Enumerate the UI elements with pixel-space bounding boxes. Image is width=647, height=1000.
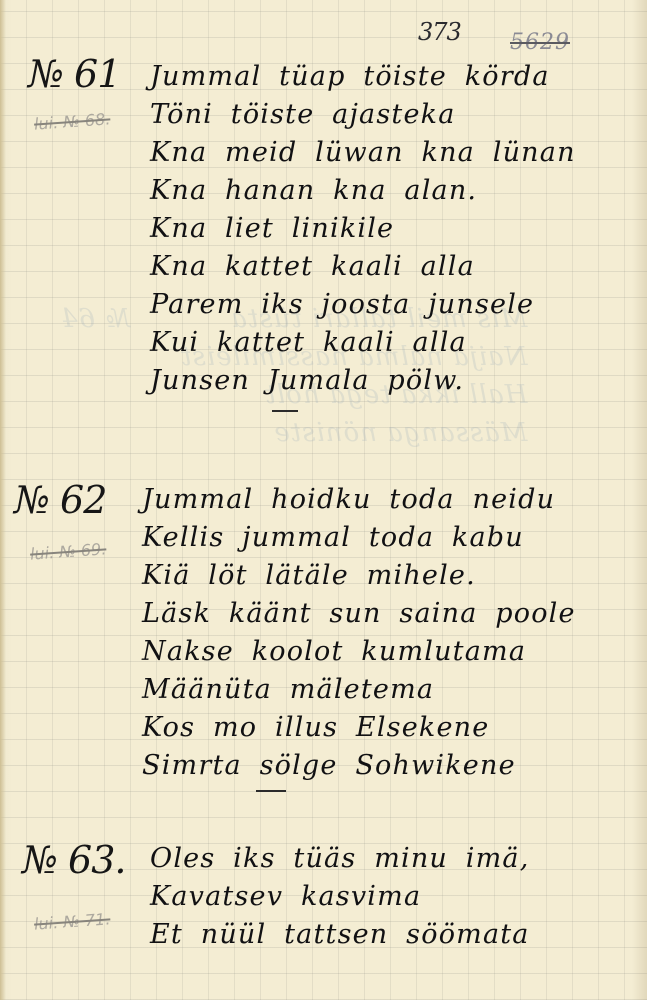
song-number-63: № 63. xyxy=(22,838,125,882)
song-63-verse: Oles iks tüäs minu imä, Kavatsev kasvima… xyxy=(150,840,530,954)
verse-line: Et nüül tattsen söömata xyxy=(150,916,530,954)
section-divider xyxy=(272,410,298,412)
verse-line: Läsk käänt sun saina poole xyxy=(142,595,576,633)
verse-line: Kna hanan kna alan. xyxy=(150,172,576,210)
verse-line: Määnüta mäletema xyxy=(142,671,576,709)
song-61-verse: Jummal tüap töiste körda Töni töiste aja… xyxy=(150,58,576,400)
verse-line: Kos mo illus Elsekene xyxy=(142,709,576,747)
verse-line: Jummal tüap töiste körda xyxy=(150,58,576,96)
manuscript-page: № 64 Mis meil tallari tüsta Naija nalma … xyxy=(0,0,647,1000)
verse-line: Kiä löt lätäle mihele. xyxy=(142,557,576,595)
section-divider xyxy=(256,790,286,792)
page-number: 373 xyxy=(418,18,461,46)
verse-line: Kna kattet kaali alla xyxy=(150,248,576,286)
verse-line: Junsen Jumala pölw. xyxy=(150,362,576,400)
song-62-verse: Jummal hoidku toda neidu Kellis jummal t… xyxy=(142,481,576,785)
bleed-number: № 64 xyxy=(60,300,130,338)
verse-line: Simrta sölge Sohwikene xyxy=(142,747,576,785)
verse-line: Kellis jummal toda kabu xyxy=(142,519,576,557)
verse-line: Töni töiste ajasteka xyxy=(150,96,576,134)
verse-line: Oles iks tüäs minu imä, xyxy=(150,840,530,878)
song-number-62: № 62 xyxy=(14,478,106,522)
verse-line: Kna meid lüwan kna lünan xyxy=(150,134,576,172)
pencil-reference-62: lui. № 69. xyxy=(29,539,107,563)
verse-line: Kui kattet kaali alla xyxy=(150,324,576,362)
verse-line: Kna liet linikile xyxy=(150,210,576,248)
verse-line: Parem iks joosta junsele xyxy=(150,286,576,324)
verse-line: Kavatsev kasvima xyxy=(150,878,530,916)
verse-line: Nakse koolot kumlutama xyxy=(142,633,576,671)
crossed-out-page-number: 5629 xyxy=(510,30,570,55)
bleed-through-text: № 64 xyxy=(60,300,130,338)
verse-line: Jummal hoidku toda neidu xyxy=(142,481,576,519)
pencil-reference-61: lui. № 68. xyxy=(33,109,111,133)
page-edge-shadow xyxy=(0,0,6,1000)
pencil-reference-63: lui. № 71. xyxy=(33,909,111,933)
song-number-61: № 61 xyxy=(28,52,120,96)
